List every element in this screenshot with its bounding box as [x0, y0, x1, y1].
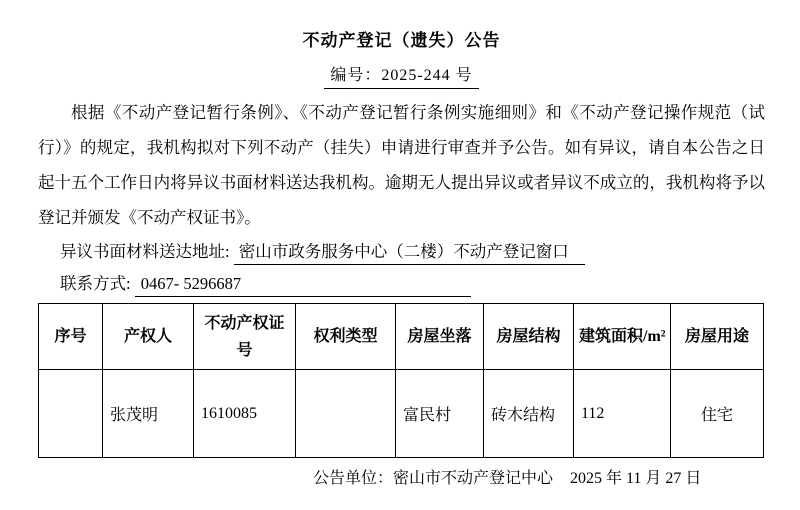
- table-row: 张茂明 1610085 富民村 砖木结构 112 住宅: [39, 370, 764, 458]
- cell-owner: 张茂明: [103, 370, 194, 458]
- cell-cert-number: 1610085: [194, 370, 296, 458]
- doc-number-line: 编号：2025-244 号: [38, 65, 765, 89]
- header-serial: 序号: [39, 304, 103, 370]
- contact-line: 联系方式: 0467- 5296687: [38, 269, 765, 299]
- contact-value: 0467- 5296687: [135, 273, 471, 297]
- table-header-row: 序号 产权人 不动产权证号 权利类型 房屋坐落 房屋结构 建筑面积/m² 房屋用…: [39, 304, 764, 370]
- doc-number: 编号：2025-244 号: [324, 65, 478, 89]
- announcement-document: 不动产登记（遗失）公告 编号：2025-244 号 根据《不动产登记暂行条例》、…: [0, 0, 800, 510]
- header-house-structure: 房屋结构: [484, 304, 574, 370]
- cell-serial: [39, 370, 103, 458]
- header-cert-number: 不动产权证号: [194, 304, 296, 370]
- footer-date: 2025 年 11 月 27 日: [570, 470, 701, 487]
- footer-line: 公告单位：密山市不动产登记中心2025 年 11 月 27 日: [38, 468, 765, 490]
- cell-house-structure: 砖木结构: [484, 370, 574, 458]
- page-title: 不动产登记（遗失）公告: [38, 28, 765, 53]
- address-value: 密山市政务服务中心（二楼）不动产登记窗口: [234, 241, 585, 265]
- cell-right-type: [296, 370, 396, 458]
- header-owner: 产权人: [103, 304, 194, 370]
- cell-house-usage: 住宅: [671, 370, 764, 458]
- address-line: 异议书面材料送达地址: 密山市政务服务中心（二楼）不动产登记窗口: [38, 235, 765, 269]
- cell-house-location: 富民村: [396, 370, 484, 458]
- header-house-usage: 房屋用途: [671, 304, 764, 370]
- property-table: 序号 产权人 不动产权证号 权利类型 房屋坐落 房屋结构 建筑面积/m² 房屋用…: [38, 303, 764, 458]
- header-house-location: 房屋坐落: [396, 304, 484, 370]
- header-building-area: 建筑面积/m²: [574, 304, 671, 370]
- address-label: 异议书面材料送达地址:: [60, 242, 230, 261]
- cell-building-area: 112: [574, 370, 671, 458]
- header-right-type: 权利类型: [296, 304, 396, 370]
- body-paragraph: 根据《不动产登记暂行条例》、《不动产登记暂行条例实施细则》和《不动产登记操作规范…: [38, 95, 765, 235]
- footer-publisher: 公告单位：密山市不动产登记中心: [313, 470, 553, 487]
- contact-label: 联系方式:: [60, 274, 131, 293]
